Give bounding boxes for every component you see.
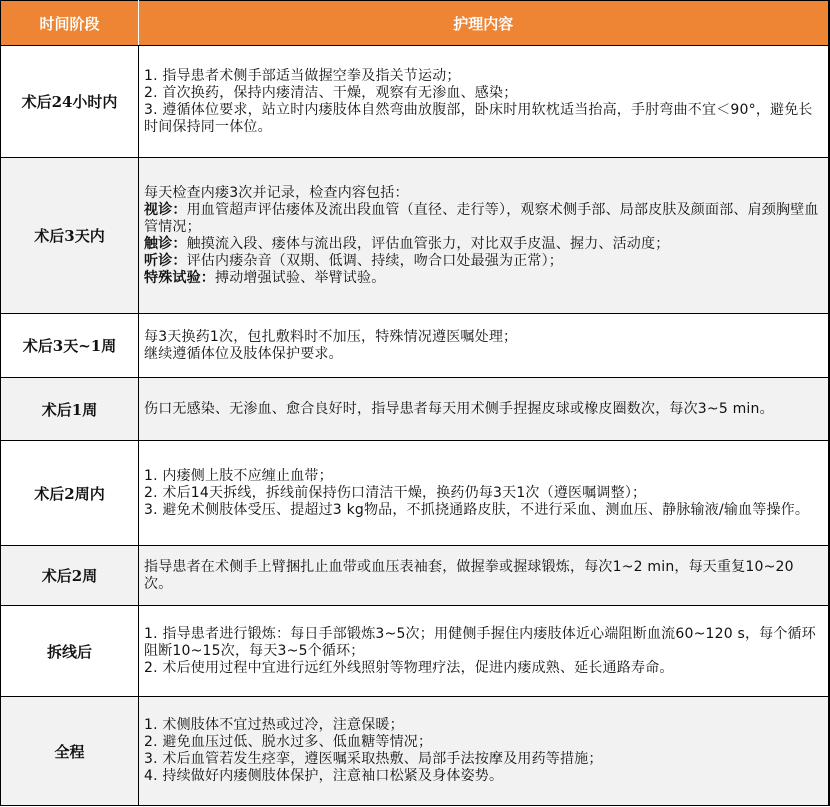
table-row: 术后1周 伤口无感染、无渗血、愈合良好时，指导患者每天用术侧手捏握皮球或橡皮圈数…: [1, 378, 829, 441]
content-line: 1. 指导患者进行锻炼：每日手部锻炼3~5次；用健侧手握住内瘘肢体近心端阻断血流…: [144, 626, 822, 660]
content-cell: 1. 术侧肢体不宜过热或过冷，注意保暖； 2. 避免血压过低、脱水过多、低血糖等…: [139, 697, 829, 806]
item-text: 搏动增强试验、举臂试验。: [215, 270, 385, 286]
content-cell: 1. 指导患者进行锻炼：每日手部锻炼3~5次；用健侧手握住内瘘肢体近心端阻断血流…: [139, 606, 829, 697]
header-time-stage: 时间阶段: [1, 1, 139, 46]
table-row: 术后3天~1周 每3天换药1次，包扎敷料时不加压，特殊情况遵医嘱处理； 继续遵循…: [1, 314, 829, 378]
table-row: 术后3天内 每天检查内瘘3次并记录，检查内容包括： 视诊：用血管超声评估瘘体及流…: [1, 158, 829, 314]
content-cell: 指导患者在术侧手上臂捆扎止血带或血压表袖套，做握拳或握球锻炼，每次1~2 min…: [139, 546, 829, 606]
stage-cell: 术后3天内: [1, 158, 139, 314]
header-row: 时间阶段 护理内容: [1, 1, 829, 46]
header-care-content: 护理内容: [139, 1, 829, 46]
table-row: 全程 1. 术侧肢体不宜过热或过冷，注意保暖； 2. 避免血压过低、脱水过多、低…: [1, 697, 829, 806]
table-row: 术后24小时内 1. 指导患者术侧手部适当做握空拳及指关节运动； 2. 首次换药…: [1, 46, 829, 158]
item-text: 评估内瘘杂音（双期、低调、持续，吻合口处最强为正常）；: [187, 253, 563, 269]
content-line: 1. 指导患者术侧手部适当做握空拳及指关节运动；: [144, 68, 822, 85]
content-line: 4. 持续做好内瘘侧肢体保护，注意袖口松紧及身体姿势。: [144, 768, 822, 785]
item-text: 触摸流入段、瘘体与流出段，评估血管张力，对比双手皮温、握力、活动度；: [187, 236, 670, 252]
stage-cell: 术后2周内: [1, 441, 139, 546]
nursing-care-table: 时间阶段 护理内容 术后24小时内 1. 指导患者术侧手部适当做握空拳及指关节运…: [0, 0, 830, 806]
content-line: 2. 避免血压过低、脱水过多、低血糖等情况；: [144, 734, 822, 751]
content-intro: 每天检查内瘘3次并记录，检查内容包括：: [144, 185, 822, 202]
table-row: 术后2周 指导患者在术侧手上臂捆扎止血带或血压表袖套，做握拳或握球锻炼，每次1~…: [1, 546, 829, 606]
content-cell: 伤口无感染、无渗血、愈合良好时，指导患者每天用术侧手捏握皮球或橡皮圈数次，每次3…: [139, 378, 829, 441]
content-line: 每3天换药1次，包扎敷料时不加压，特殊情况遵医嘱处理；: [144, 329, 822, 346]
content-line: 3. 避免术侧肢体受压、提超过3 kg物品，不抓挠通路皮肤，不进行采血、测血压、…: [144, 502, 822, 519]
inspection-item-special-test: 特殊试验：搏动增强试验、举臂试验。: [144, 270, 822, 287]
stage-cell: 术后3天~1周: [1, 314, 139, 378]
table-row: 术后2周内 1. 内瘘侧上肢不应缠止血带； 2. 术后14天拆线，拆线前保持伤口…: [1, 441, 829, 546]
content-line: 3. 术后血管若发生痉挛，遵医嘱采取热敷、局部手法按摩及用药等措施；: [144, 751, 822, 768]
inspection-item-palpation: 触诊：触摸流入段、瘘体与流出段，评估血管张力，对比双手皮温、握力、活动度；: [144, 236, 822, 253]
content-line: 2. 术后使用过程中宜进行远红外线照射等物理疗法，促进内瘘成熟、延长通路寿命。: [144, 660, 822, 677]
content-line: 2. 术后14天拆线，拆线前保持伤口清洁干燥，换药仍每3天1次（遵医嘱调整）；: [144, 485, 822, 502]
content-cell: 1. 内瘘侧上肢不应缠止血带； 2. 术后14天拆线，拆线前保持伤口清洁干燥，换…: [139, 441, 829, 546]
content-cell: 每3天换药1次，包扎敷料时不加压，特殊情况遵医嘱处理； 继续遵循体位及肢体保护要…: [139, 314, 829, 378]
inspection-item-auscultation: 听诊：评估内瘘杂音（双期、低调、持续，吻合口处最强为正常）；: [144, 253, 822, 270]
stage-cell: 术后1周: [1, 378, 139, 441]
content-line: 伤口无感染、无渗血、愈合良好时，指导患者每天用术侧手捏握皮球或橡皮圈数次，每次3…: [144, 401, 822, 418]
item-label: 触诊：: [144, 236, 187, 252]
content-line: 3. 遵循体位要求，站立时内瘘肢体自然弯曲放腹部，卧床时用软枕适当抬高，手肘弯曲…: [144, 102, 822, 136]
stage-cell: 术后24小时内: [1, 46, 139, 158]
inspection-item-visual: 视诊：用血管超声评估瘘体及流出段血管（直径、走行等），观察术侧手部、局部皮肤及颜…: [144, 202, 822, 236]
stage-cell: 全程: [1, 697, 139, 806]
content-line: 指导患者在术侧手上臂捆扎止血带或血压表袖套，做握拳或握球锻炼，每次1~2 min…: [144, 559, 822, 593]
content-line: 1. 术侧肢体不宜过热或过冷，注意保暖；: [144, 717, 822, 734]
item-label: 视诊：: [144, 202, 187, 218]
item-text: 用血管超声评估瘘体及流出段血管（直径、走行等），观察术侧手部、局部皮肤及颜面部、…: [144, 202, 819, 235]
item-label: 听诊：: [144, 253, 187, 269]
table-row: 拆线后 1. 指导患者进行锻炼：每日手部锻炼3~5次；用健侧手握住内瘘肢体近心端…: [1, 606, 829, 697]
content-line: 继续遵循体位及肢体保护要求。: [144, 346, 822, 363]
stage-cell: 术后2周: [1, 546, 139, 606]
content-cell: 1. 指导患者术侧手部适当做握空拳及指关节运动； 2. 首次换药，保持内瘘清洁、…: [139, 46, 829, 158]
content-line: 1. 内瘘侧上肢不应缠止血带；: [144, 468, 822, 485]
stage-cell: 拆线后: [1, 606, 139, 697]
content-cell: 每天检查内瘘3次并记录，检查内容包括： 视诊：用血管超声评估瘘体及流出段血管（直…: [139, 158, 829, 314]
item-label: 特殊试验：: [144, 270, 215, 286]
content-line: 2. 首次换药，保持内瘘清洁、干燥，观察有无渗血、感染；: [144, 85, 822, 102]
